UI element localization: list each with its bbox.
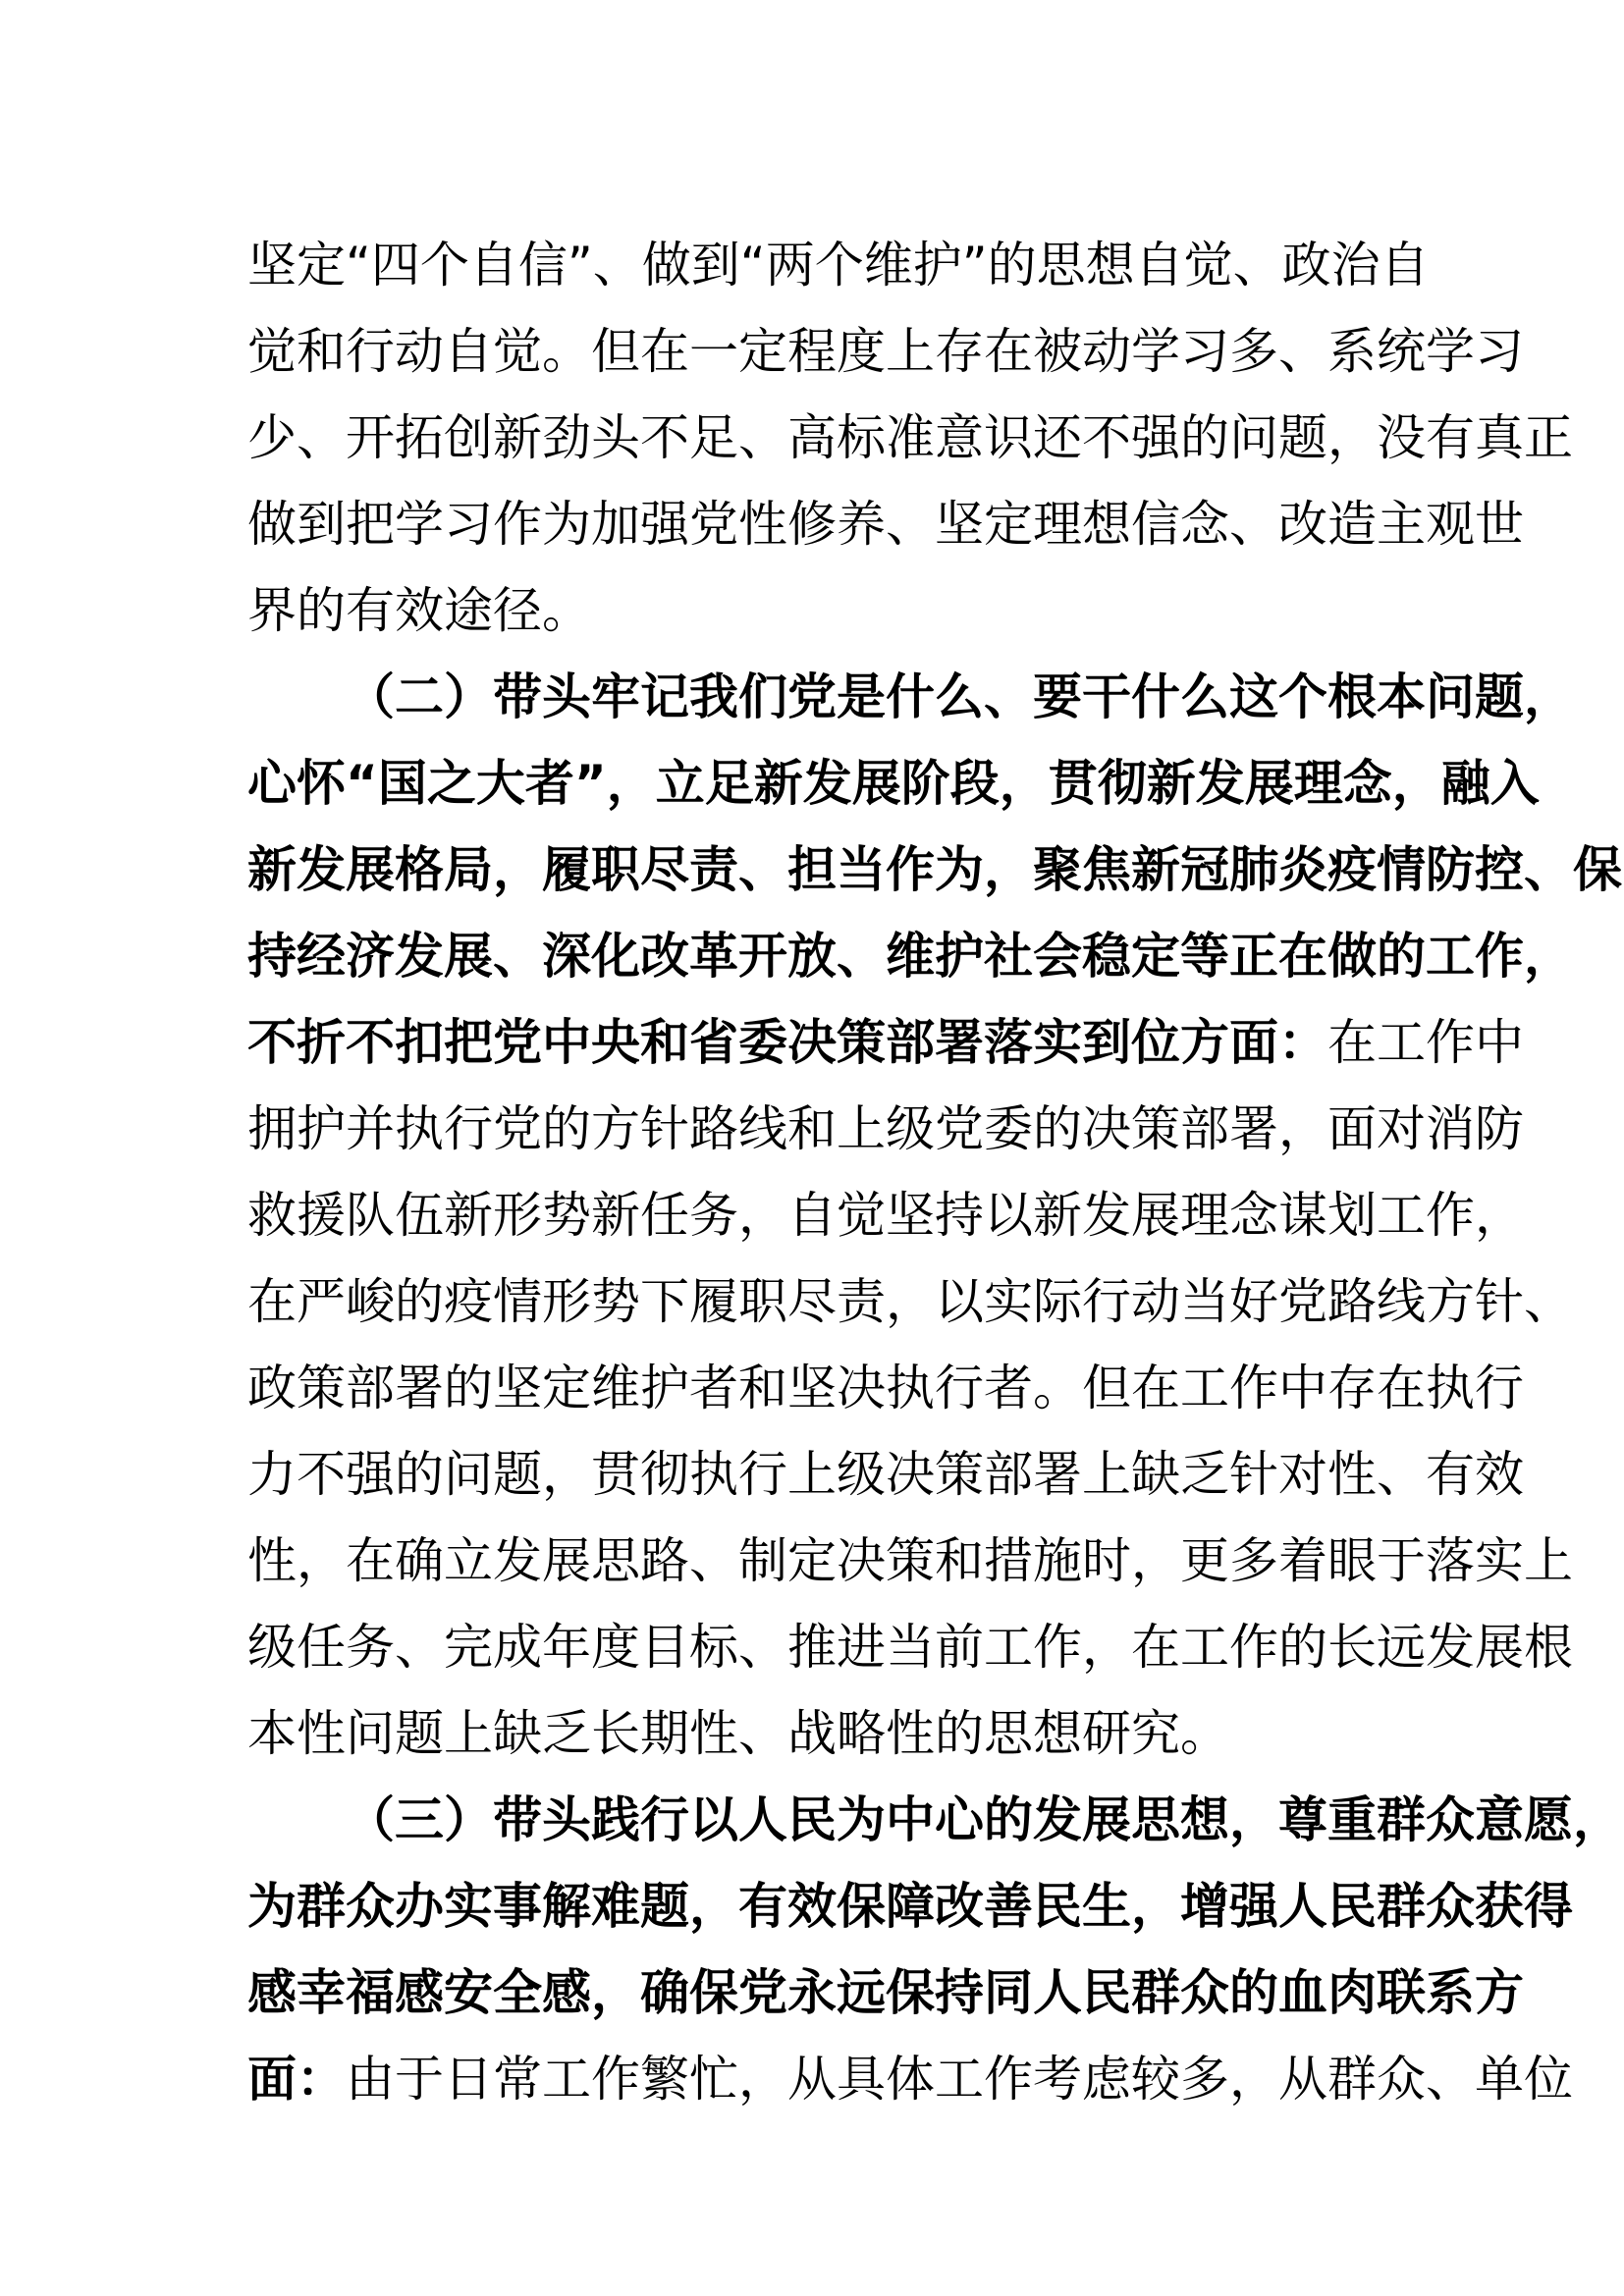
text-line: 感幸福感安全感，确保党永远保持同人民群众的血肉联系方 (247, 1949, 1388, 2036)
body-text: 本性问题上缺乏长期性、战略性的思想研究。 (247, 1705, 1229, 1762)
section-heading-text: 面： (247, 2051, 346, 2108)
section-heading-line: （二）带头牢记我们党是什么、要干什么这个根本问题， (247, 654, 1388, 740)
section-heading-text: 持经济发展、深化改革开放、维护社会稳定等正在做的工作， (247, 928, 1573, 985)
body-text: 在工作中 (1327, 1014, 1524, 1071)
body-text: 做到把学习作为加强党性修养、坚定理想信念、改造主观世 (247, 496, 1524, 553)
text-line: 拥护并执行党的方针路线和上级党委的决策部署，面对消防 (247, 1086, 1388, 1172)
body-text: 拥护并执行党的方针路线和上级党委的决策部署，面对消防 (247, 1100, 1524, 1157)
text-line: 坚定“四个自信”、做到“两个维护”的思想自觉、政治自 (247, 222, 1388, 308)
section-heading-text: （三）带头践行以人民为中心的发展思想，尊重群众意愿， (346, 1791, 1622, 1848)
body-text: 救援队伍新形势新任务，自觉坚持以新发展理念谋划工作， (247, 1187, 1524, 1244)
body-text: 在严峻的疫情形势下履职尽责，以实际行动当好党路线方针、 (247, 1273, 1573, 1330)
text-line: 少、开拓创新劲头不足、高标准意识还不强的问题，没有真正 (247, 395, 1388, 481)
body-text: 力不强的问题，贯彻执行上级决策部署上缺乏针对性、有效 (247, 1446, 1524, 1503)
text-line: 做到把学习作为加强党性修养、坚定理想信念、改造主观世 (247, 481, 1388, 567)
text-line: 救援队伍新形势新任务，自觉坚持以新发展理念谋划工作， (247, 1172, 1388, 1258)
section-heading-line: （三）带头践行以人民为中心的发展思想，尊重群众意愿， (247, 1777, 1388, 1863)
section-3-paragraph: （三）带头践行以人民为中心的发展思想，尊重群众意愿， 为群众办实事解难题，有效保… (247, 1777, 1388, 2122)
text-line: 界的有效途径。 (247, 567, 1388, 654)
section-heading-text: 不折不扣把党中央和省委决策部署落实到位方面： (247, 1014, 1327, 1071)
text-line: 级任务、完成年度目标、推进当前工作，在工作的长远发展根 (247, 1604, 1388, 1690)
section-heading-text: 新发展格局，履职尽责、担当作为，聚焦新冠肺炎疫情防控、保 (247, 841, 1622, 898)
text-line: 不折不扣把党中央和省委决策部署落实到位方面：在工作中 (247, 999, 1388, 1086)
text-line: 政策部署的坚定维护者和坚决执行者。但在工作中存在执行 (247, 1345, 1388, 1431)
body-text: 界的有效途径。 (247, 582, 591, 639)
text-line: 持经济发展、深化改革开放、维护社会稳定等正在做的工作， (247, 913, 1388, 999)
section-heading-text: （二）带头牢记我们党是什么、要干什么这个根本问题， (346, 668, 1573, 725)
text-line: 在严峻的疫情形势下履职尽责，以实际行动当好党路线方针、 (247, 1258, 1388, 1345)
body-text: 由于日常工作繁忙，从具体工作考虑较多，从群众、单位 (346, 2051, 1573, 2108)
body-text: 性，在确立发展思路、制定决策和措施时，更多着眼于落实上 (247, 1532, 1573, 1589)
text-line: 力不强的问题，贯彻执行上级决策部署上缺乏针对性、有效 (247, 1431, 1388, 1518)
body-text: 觉和行动自觉。但在一定程度上存在被动学习多、系统学习 (247, 323, 1524, 380)
text-line: 面：由于日常工作繁忙，从具体工作考虑较多，从群众、单位 (247, 2036, 1388, 2122)
text-line: 新发展格局，履职尽责、担当作为，聚焦新冠肺炎疫情防控、保 (247, 827, 1388, 913)
paragraph-continuation: 坚定“四个自信”、做到“两个维护”的思想自觉、政治自 觉和行动自觉。但在一定程度… (247, 222, 1388, 654)
body-text: 坚定“四个自信”、做到“两个维护”的思想自觉、政治自 (247, 237, 1430, 294)
text-line: 觉和行动自觉。但在一定程度上存在被动学习多、系统学习 (247, 308, 1388, 395)
section-2-paragraph: （二）带头牢记我们党是什么、要干什么这个根本问题， 心怀“国之大者”，立足新发展… (247, 654, 1388, 1777)
section-heading-text: 心怀“国之大者”，立足新发展阶段，贯彻新发展理念，融入 (247, 755, 1540, 812)
body-text: 少、开拓创新劲头不足、高标准意识还不强的问题，没有真正 (247, 409, 1573, 466)
text-line: 为群众办实事解难题，有效保障改善民生，增强人民群众获得 (247, 1863, 1388, 1949)
section-heading-text: 为群众办实事解难题，有效保障改善民生，增强人民群众获得 (247, 1878, 1573, 1935)
body-text: 政策部署的坚定维护者和坚决执行者。但在工作中存在执行 (247, 1360, 1524, 1416)
document-page: 坚定“四个自信”、做到“两个维护”的思想自觉、政治自 觉和行动自觉。但在一定程度… (247, 222, 1388, 2122)
text-line: 本性问题上缺乏长期性、战略性的思想研究。 (247, 1690, 1388, 1777)
body-text: 级任务、完成年度目标、推进当前工作，在工作的长远发展根 (247, 1619, 1573, 1676)
text-line: 性，在确立发展思路、制定决策和措施时，更多着眼于落实上 (247, 1518, 1388, 1604)
text-line: 心怀“国之大者”，立足新发展阶段，贯彻新发展理念，融入 (247, 740, 1388, 827)
section-heading-text: 感幸福感安全感，确保党永远保持同人民群众的血肉联系方 (247, 1964, 1524, 2021)
